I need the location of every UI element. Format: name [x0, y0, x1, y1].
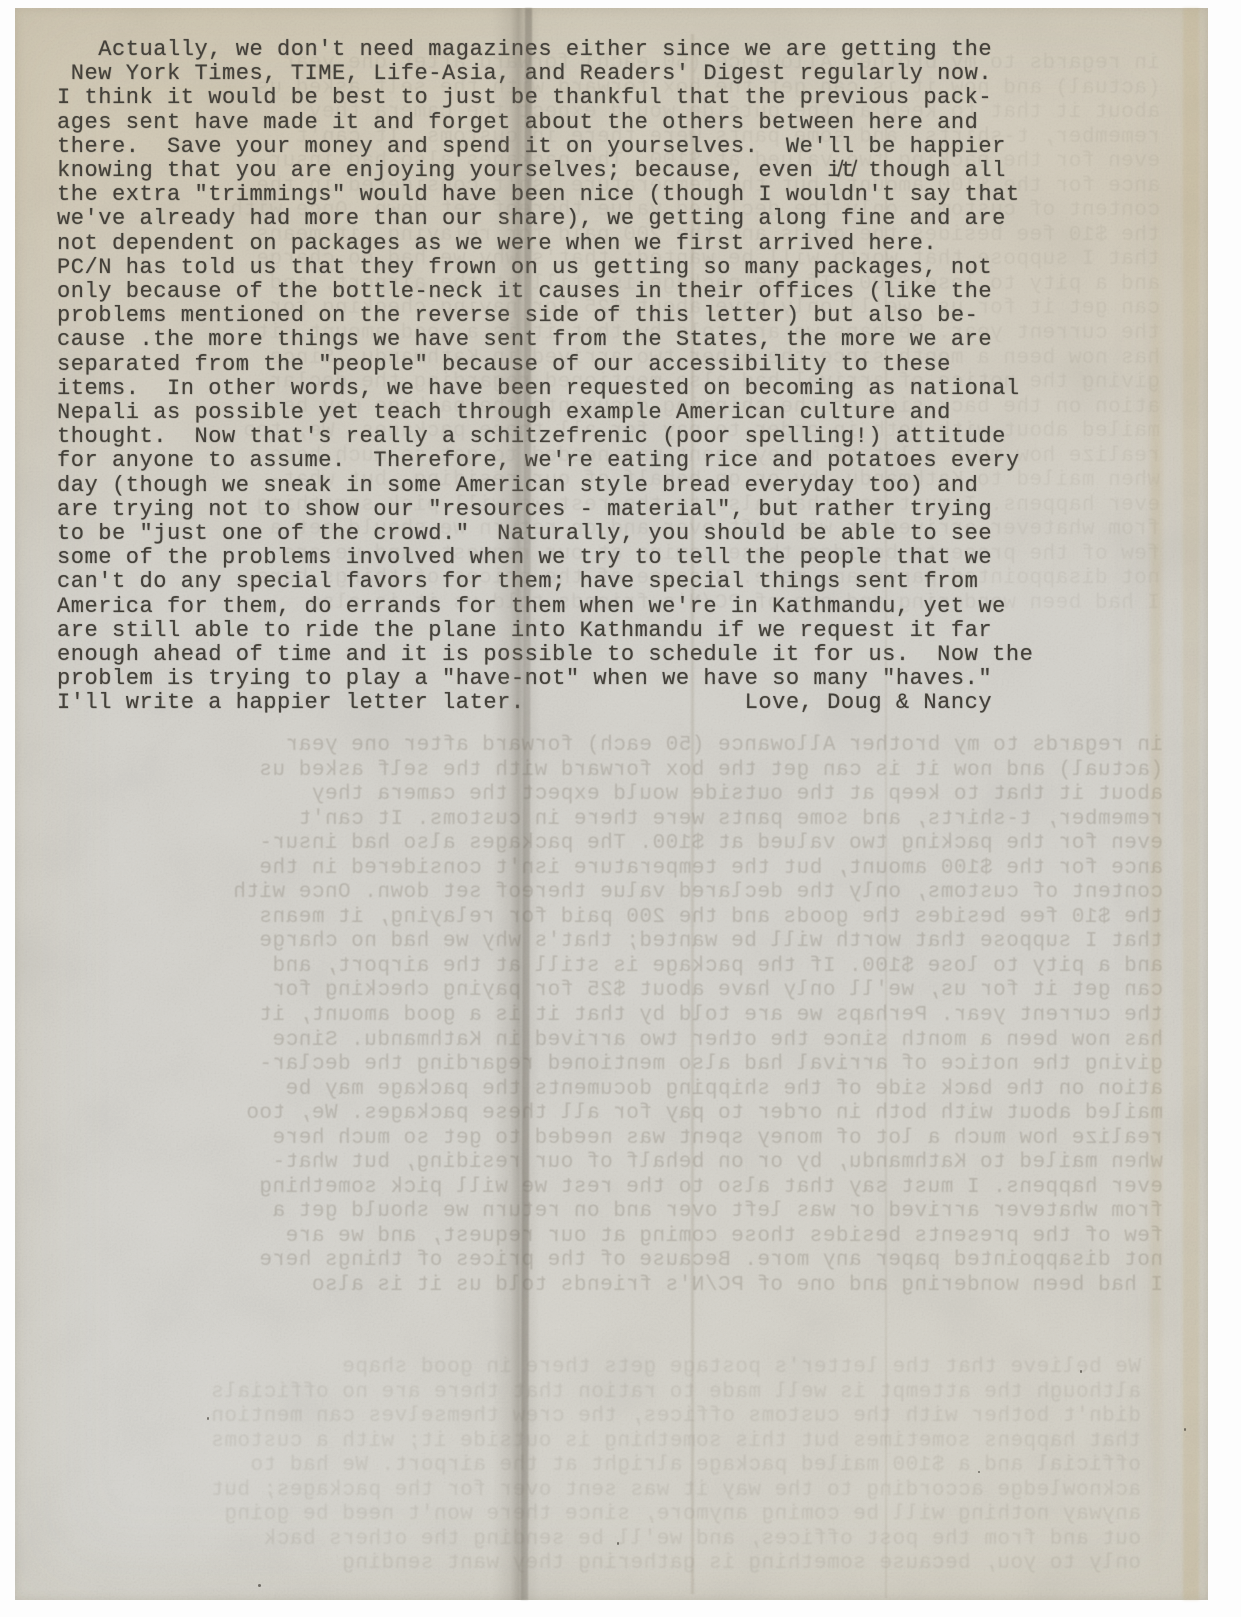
letter-body-text: Actually, we don't need magazines either…: [57, 38, 1033, 716]
paper-speck: [1184, 1428, 1186, 1431]
paper-speck: [258, 1584, 261, 1587]
age-streak-right-edge: [1183, 8, 1199, 1600]
paper-speck: [207, 1417, 209, 1420]
bleedthrough-text-lower: We believe that the letter's postage get…: [81, 1356, 1141, 1577]
bleedthrough-text-upper: in regards to my brother Allowance (50 e…: [63, 734, 1163, 1299]
paper-speck: [1080, 1370, 1082, 1373]
paper-speck: [617, 1542, 619, 1545]
paper-speck: [978, 1471, 980, 1473]
scan-background: in regards to my brother Allowance (50 e…: [0, 0, 1241, 1617]
letter-page: in regards to my brother Allowance (50 e…: [15, 8, 1208, 1600]
